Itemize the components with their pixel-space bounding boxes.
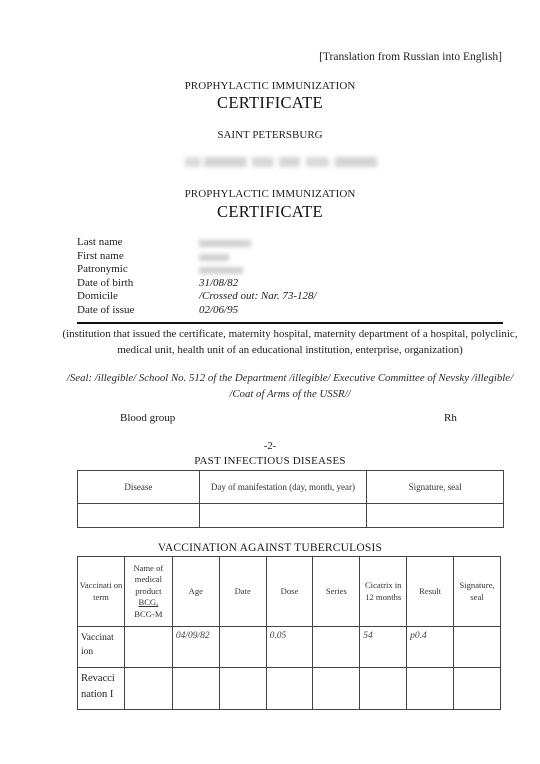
cell-dose: 0.05 [266,627,313,668]
cell-age: 04/09/82 [172,627,219,668]
info-row-domicile: Domicile /Crossed out: Nar. 73-128/ [77,290,317,304]
cell-signature [454,668,501,710]
cell-signature [367,504,504,528]
table-header-row: Vaccinati on term Name of medical produc… [78,557,501,627]
cell-result: p0.4 [407,627,454,668]
column-header-disease: Disease [78,471,200,504]
column-header-manifestation: Day of manifestation (day, month, year) [199,471,367,504]
column-header-signature: Signature, seal [454,557,501,627]
table-row-revaccination: Revacci nation I [78,668,501,710]
cell-age [172,668,219,710]
info-row-first-name: First name [77,250,317,264]
redacted-address [185,157,377,167]
translation-note: [Translation from Russian into English] [319,51,502,63]
cell-product [124,668,172,710]
cell-product [124,627,172,668]
certificate-title: CERTIFICATE [0,93,540,113]
page-number: -2- [0,441,540,452]
info-label: Last name [77,236,199,250]
certificate-title-2: CERTIFICATE [0,202,540,222]
info-label: Domicile [77,290,199,304]
certificate-subtitle: PROPHYLACTIC IMMUNIZATION [0,80,540,92]
blood-group-label: Blood group [120,412,175,424]
info-row-last-name: Last name [77,236,317,250]
certificate-subtitle-2: PROPHYLACTIC IMMUNIZATION [0,188,540,200]
cell-manifestation [199,504,367,528]
info-label: Patronymic [77,263,199,277]
info-value: 02/06/95 [199,304,238,318]
tuberculosis-title: VACCINATION AGAINST TUBERCULOSIS [0,542,540,554]
tuberculosis-table: Vaccinati on term Name of medical produc… [77,556,501,710]
cell-disease [78,504,200,528]
product-label: Name of medical product [133,563,163,596]
city-name: SAINT PETERSBURG [0,129,540,141]
redacted-patronymic [199,267,243,274]
cell-series [313,627,360,668]
cell-term: Revacci nation I [78,668,125,710]
cell-signature [454,627,501,668]
info-label: Date of issue [77,304,199,318]
cell-dose [266,668,313,710]
cell-term: Vaccinat ion [78,627,125,668]
cell-date [219,668,266,710]
column-header-age: Age [172,557,219,627]
table-row [78,504,504,528]
institution-note: (institution that issued the certificate… [60,326,520,358]
product-bcg: BCG, [138,597,158,607]
cell-result [407,668,454,710]
info-row-patronymic: Patronymic [77,263,317,277]
info-row-date-of-issue: Date of issue 02/06/95 [77,304,317,318]
column-header-signature: Signature, seal [367,471,504,504]
table-row-vaccination: Vaccinat ion 04/09/82 0.05 54 p0.4 [78,627,501,668]
column-header-series: Series [313,557,360,627]
rh-label: Rh [444,412,457,424]
cell-series [313,668,360,710]
seal-text: /Seal: /illegible/ School No. 512 of the… [60,370,520,402]
product-bcgm: BCG-M [134,609,162,619]
column-header-term: Vaccinati on term [78,557,125,627]
cell-cicatrix: 54 [360,627,407,668]
column-header-result: Result [407,557,454,627]
info-value: /Crossed out: Nar. 73-128/ [199,290,317,304]
personal-info: Last name First name Patronymic Date of … [77,236,317,318]
redacted-first-name [199,254,229,261]
past-diseases-table: Disease Day of manifestation (day, month… [77,470,504,528]
info-label: Date of birth [77,277,199,291]
separator-line [77,322,503,324]
info-value: 31/08/82 [199,277,238,291]
info-row-dob: Date of birth 31/08/82 [77,277,317,291]
column-header-date: Date [219,557,266,627]
redacted-last-name [199,240,251,247]
cell-date [219,627,266,668]
column-header-cicatrix: Cicatrix in 12 months [360,557,407,627]
cell-cicatrix [360,668,407,710]
past-diseases-title: PAST INFECTIOUS DISEASES [0,455,540,467]
column-header-product: Name of medical product BCG, BCG-M [124,557,172,627]
info-label: First name [77,250,199,264]
table-header-row: Disease Day of manifestation (day, month… [78,471,504,504]
column-header-dose: Dose [266,557,313,627]
